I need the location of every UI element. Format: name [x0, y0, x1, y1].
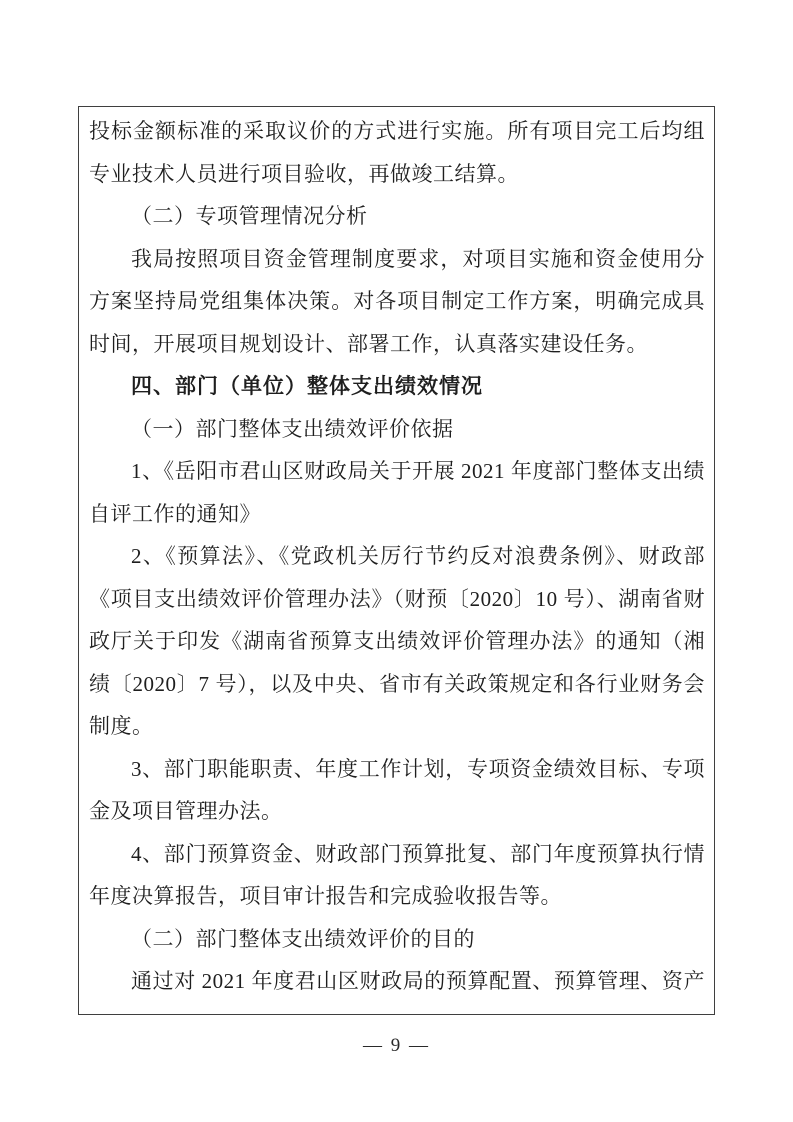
text-line: （二）部门整体支出绩效评价的目的 — [89, 918, 705, 961]
text-line: 制度。 — [89, 705, 705, 748]
text-line: 政厅关于印发《湖南省预算支出绩效评价管理办法》的通知（湘财 — [89, 620, 705, 663]
text-line: 绩〔2020〕7 号），以及中央、省市有关政策规定和各行业财务会计 — [89, 663, 705, 706]
document-border-box: 投标金额标准的采取议价的方式进行实施。所有项目完工后均组织专业技术人员进行项目验… — [78, 106, 715, 1015]
text-line: 时间，开展项目规划设计、部署工作，认真落实建设任务。 — [89, 323, 705, 366]
text-line: （一）部门整体支出绩效评价依据 — [89, 408, 705, 451]
document-page: { "page": { "background": "#ffffff", "te… — [0, 0, 793, 1122]
text-line: （二）专项管理情况分析 — [89, 195, 705, 238]
page-number: — 9 — — [0, 1034, 793, 1058]
text-line: 《项目支出绩效评价管理办法》（财预〔2020〕10 号）、湖南省财 — [89, 578, 705, 621]
text-line: 专业技术人员进行项目验收，再做竣工结算。 — [89, 153, 705, 196]
text-line: 年度决算报告，项目审计报告和完成验收报告等。 — [89, 875, 705, 918]
section-heading: 四、部门（单位）整体支出绩效情况 — [89, 365, 705, 408]
text-line: 我局按照项目资金管理制度要求，对项目实施和资金使用分配 — [89, 238, 705, 281]
text-line: 自评工作的通知》 — [89, 493, 705, 536]
text-line: 4、部门预算资金、财政部门预算批复、部门年度预算执行情况、 — [89, 833, 705, 876]
text-line: 通过对 2021 年度君山区财政局的预算配置、预算管理、资产管 — [89, 960, 705, 1003]
text-line: 方案坚持局党组集体决策。对各项目制定工作方案，明确完成具体 — [89, 280, 705, 323]
text-line: 金及项目管理办法。 — [89, 790, 705, 833]
text-line: 投标金额标准的采取议价的方式进行实施。所有项目完工后均组织 — [89, 110, 705, 153]
text-line: 3、部门职能职责、年度工作计划，专项资金绩效目标、专项资 — [89, 748, 705, 791]
text-line: 2、《预算法》、《党政机关厉行节约反对浪费条例》、财政部 — [89, 535, 705, 578]
text-line: 1、《岳阳市君山区财政局关于开展 2021 年度部门整体支出绩效 — [89, 450, 705, 493]
